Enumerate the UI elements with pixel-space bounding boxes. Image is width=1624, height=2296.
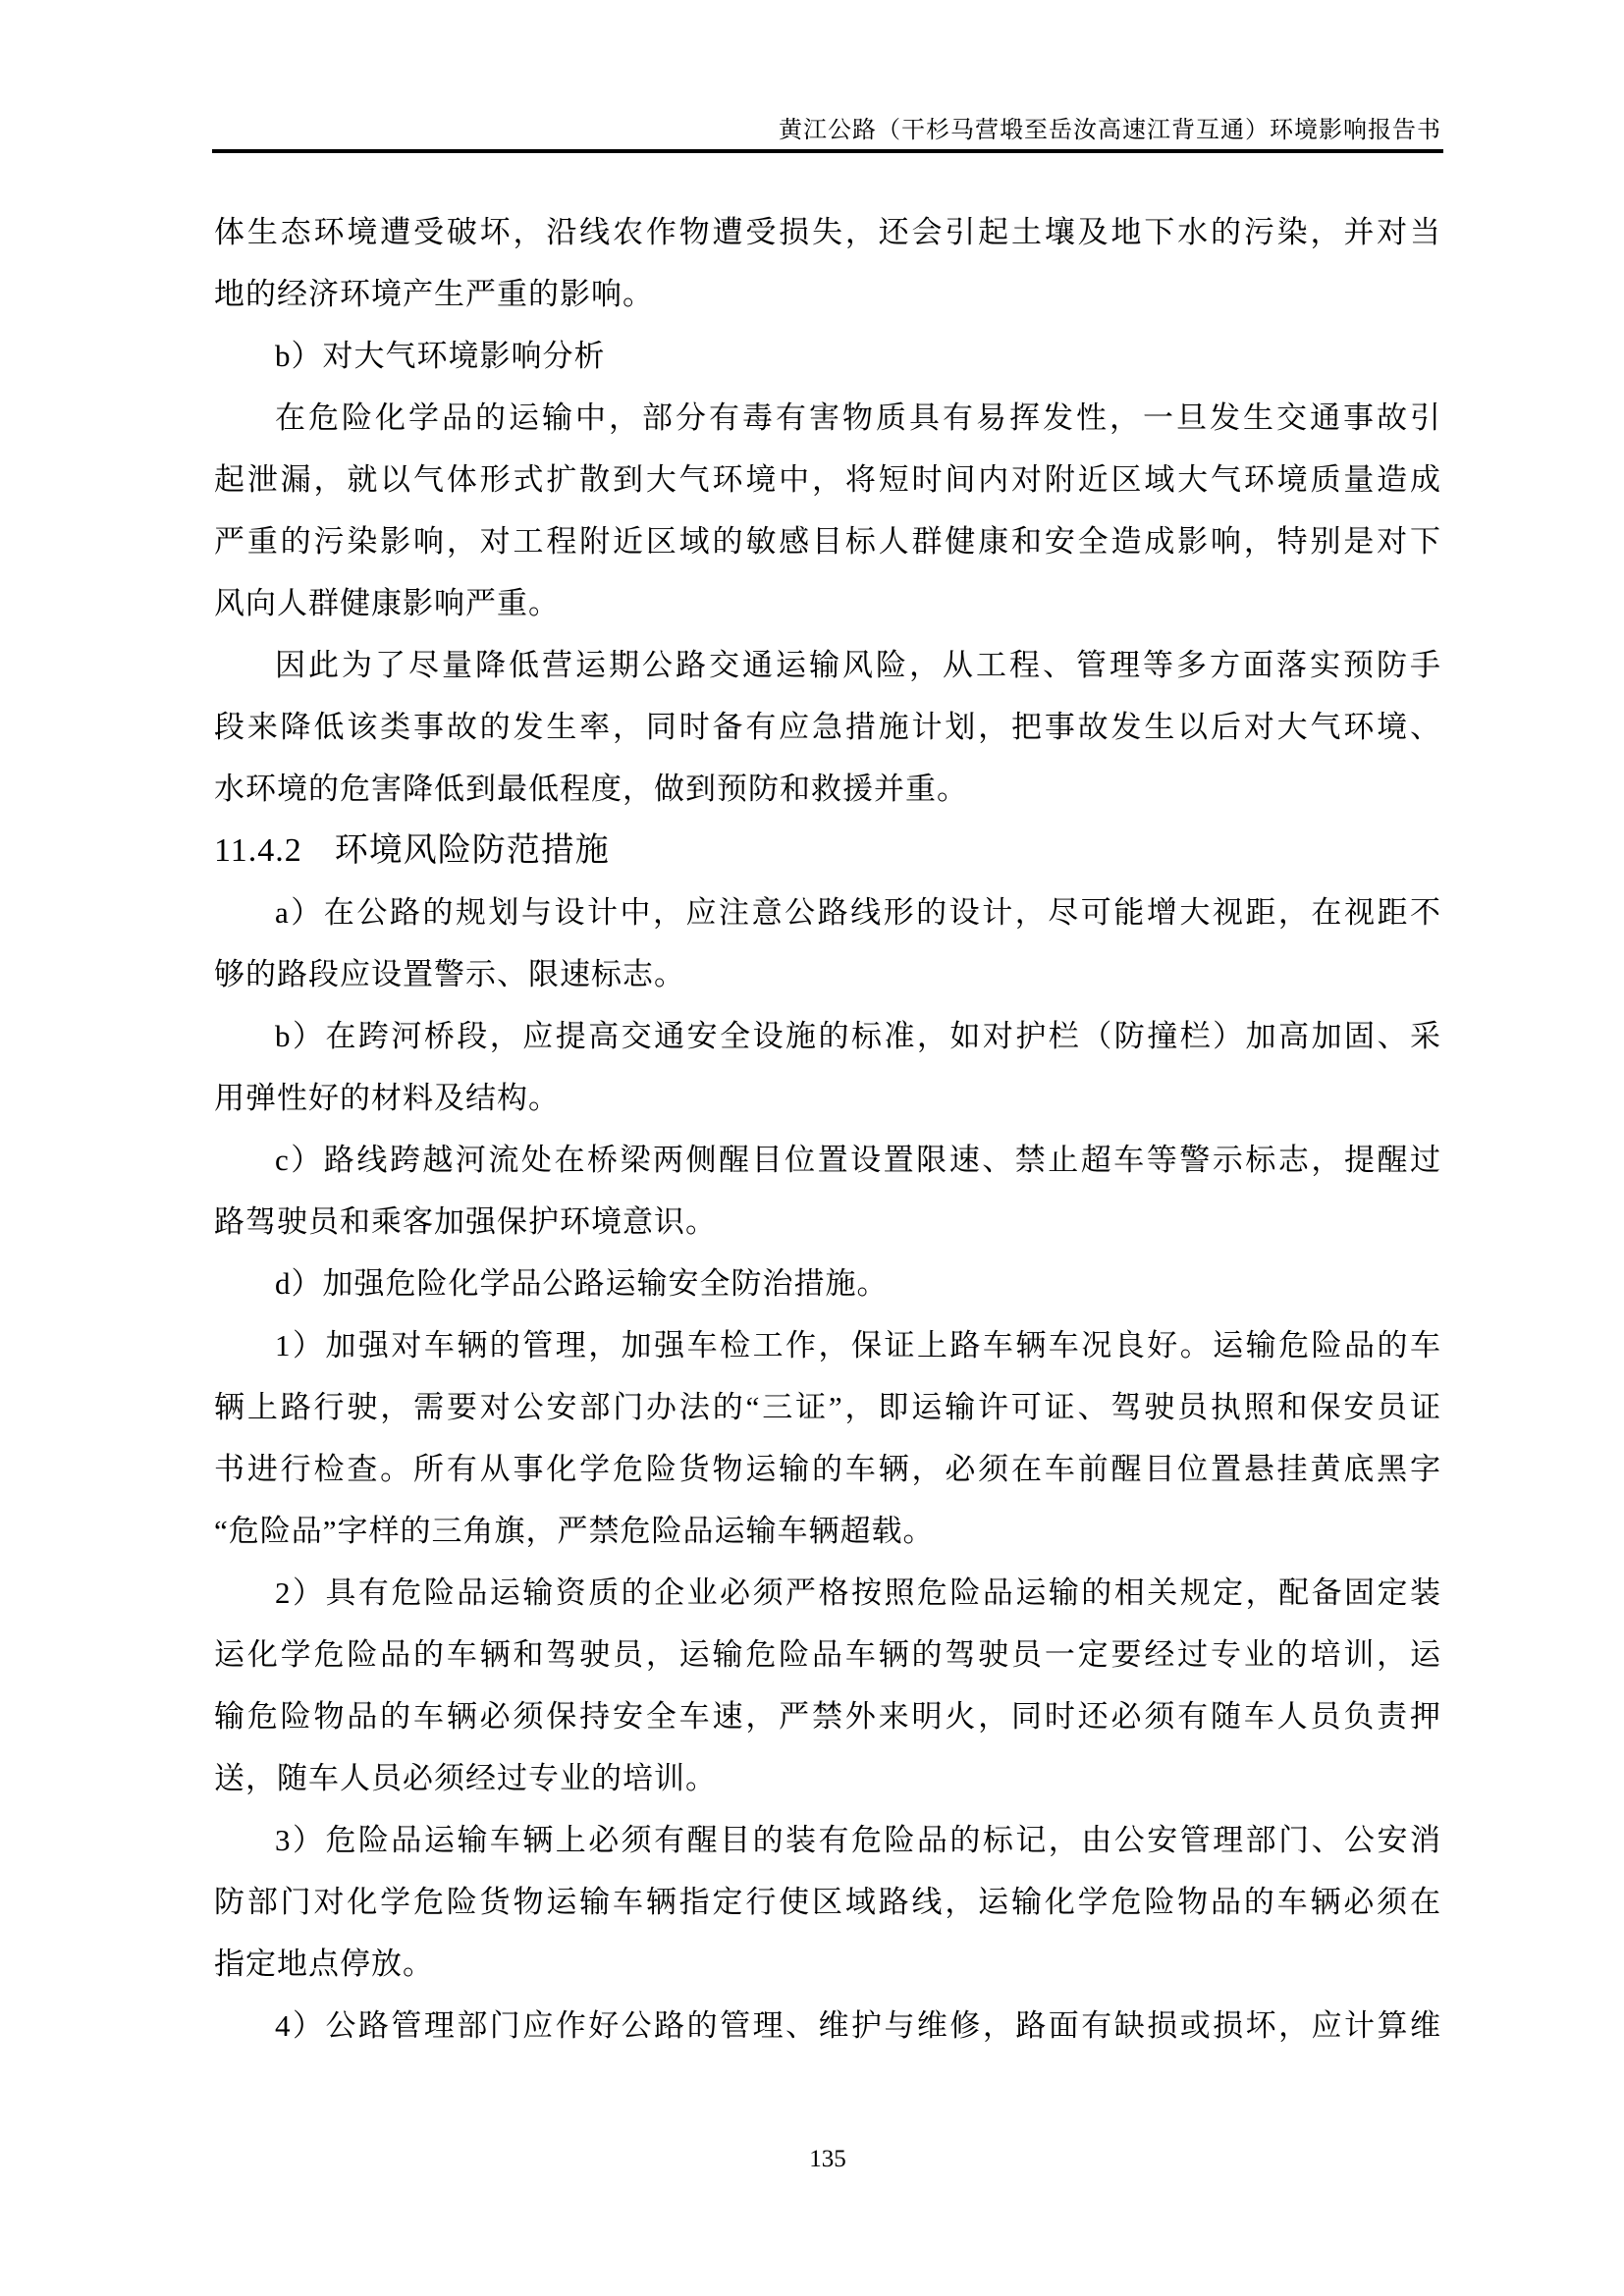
text-line: 体生态环境遭受破坏，沿线农作物遭受损失，还会引起土壤及地下水的污染，并对当 [214,201,1441,263]
text-line: 用弹性好的材料及结构。 [214,1067,1441,1129]
text-line: 起泄漏，就以气体形式扩散到大气环境中，将短时间内对附近区域大气环境质量造成 [214,449,1441,510]
text-line: 地的经济环境产生严重的影响。 [214,263,1441,325]
text-line: 指定地点停放。 [214,1933,1441,1995]
text-line: 运化学危险品的车辆和驾驶员，运输危险品车辆的驾驶员一定要经过专业的培训，运 [214,1624,1441,1685]
text-line: 输危险物品的车辆必须保持安全车速，严禁外来明火，同时还必须有随车人员负责押 [214,1685,1441,1747]
text-line: 严重的污染影响，对工程附近区域的敏感目标人群健康和安全造成影响，特别是对下 [214,510,1441,572]
section-heading-number: 11.4.2 [214,832,302,869]
text-line: “危险品”字样的三角旗，严禁危险品运输车辆超载。 [214,1500,1441,1562]
text-line: 在危险化学品的运输中，部分有毒有害物质具有易挥发性，一旦发生交通事故引 [214,387,1441,449]
text-line: 辆上路行驶，需要对公安部门办法的“三证”，即运输许可证、驾驶员执照和保安员证 [214,1376,1441,1438]
text-line: 够的路段应设置警示、限速标志。 [214,943,1441,1005]
page-header-title: 黄江公路（干杉马营塅至岳汝高速江背互通）环境影响报告书 [214,116,1441,145]
text-line: 水环境的危害降低到最低程度，做到预防和救援并重。 [214,758,1441,820]
text-line: 2）具有危险品运输资质的企业必须严格按照危险品运输的相关规定，配备固定装 [214,1562,1441,1624]
text-line: 风向人群健康影响严重。 [214,572,1441,634]
text-line: 送，随车人员必须经过专业的培训。 [214,1747,1441,1809]
text-line: a）在公路的规划与设计中，应注意公路线形的设计，尽可能增大视距，在视距不 [214,881,1441,943]
text-line: 因此为了尽量降低营运期公路交通运输风险，从工程、管理等多方面落实预防手 [214,634,1441,696]
text-line: 书进行检查。所有从事化学危险货物运输的车辆，必须在车前醒目位置悬挂黄底黑字 [214,1438,1441,1500]
text-line: 防部门对化学危险货物运输车辆指定行使区域路线，运输化学危险物品的车辆必须在 [214,1871,1441,1933]
text-line: b）在跨河桥段，应提高交通安全设施的标准，如对护栏（防撞栏）加高加固、采 [214,1005,1441,1067]
text-line: 3）危险品运输车辆上必须有醒目的装有危险品的标记，由公安管理部门、公安消 [214,1809,1441,1871]
section-heading-title: 环境风险防范措施 [335,832,610,869]
text-line: d）加强危险化学品公路运输安全防治措施。 [214,1253,1441,1314]
text-line: 1）加强对车辆的管理，加强车检工作，保证上路车辆车况良好。运输危险品的车 [214,1314,1441,1376]
header-rule [212,149,1443,153]
section-heading: 11.4.2环境风险防范措施 [214,820,1441,881]
document-page: 黄江公路（干杉马营塅至岳汝高速江背互通）环境影响报告书 体生态环境遭受破坏，沿线… [0,0,1624,2296]
text-line: b）对大气环境影响分析 [214,325,1441,387]
text-line: 4）公路管理部门应作好公路的管理、维护与维修，路面有缺损或损坏，应计算维 [214,1995,1441,2056]
page-number: 135 [214,2143,1441,2176]
document-body: 体生态环境遭受破坏，沿线农作物遭受损失，还会引起土壤及地下水的污染，并对当地的经… [214,201,1441,2056]
text-line: 段来降低该类事故的发生率，同时备有应急措施计划，把事故发生以后对大气环境、 [214,696,1441,758]
text-line: 路驾驶员和乘客加强保护环境意识。 [214,1191,1441,1253]
text-line: c）路线跨越河流处在桥梁两侧醒目位置设置限速、禁止超车等警示标志，提醒过 [214,1129,1441,1191]
